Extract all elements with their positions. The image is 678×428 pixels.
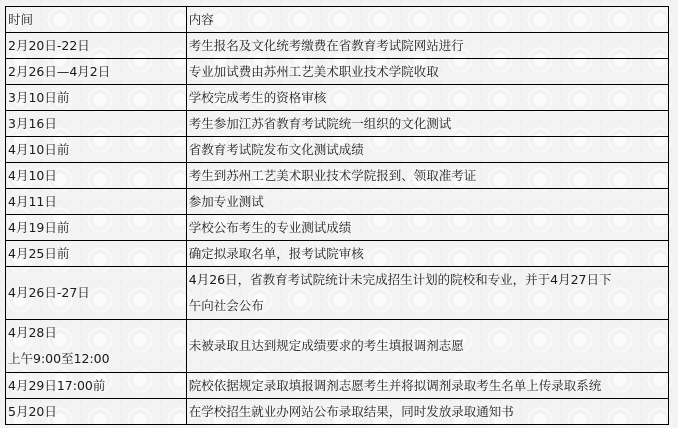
table-row: 2月20日-22日 考生报名及文化统考缴费在省教育考试院网站进行 <box>6 33 669 59</box>
schedule-table-container: 时间 内容 2月20日-22日 考生报名及文化统考缴费在省教育考试院网站进行 2… <box>5 6 669 425</box>
cell-content: 在学校招生就业办网站公布录取结果，同时发放录取通知书 <box>186 399 668 425</box>
cell-time: 4月11日 <box>6 189 187 215</box>
table-row: 4月10日 考生到苏州工艺美术职业技术学院报到、领取准考证 <box>6 163 669 189</box>
table-row: 2月26日—4月2日 专业加试费由苏州工艺美术职业技术学院收取 <box>6 59 669 85</box>
cell-time: 4月25日前 <box>6 241 187 267</box>
cell-content: 考生到苏州工艺美术职业技术学院报到、领取准考证 <box>186 163 668 189</box>
cell-time: 4月10日前 <box>6 137 187 163</box>
cell-content: 学校公布考生的专业测试成绩 <box>186 215 668 241</box>
table-row: 4月26日-27日 4月26日，省教育考试院统计未完成招生计划的院校和专业，并于… <box>6 267 669 320</box>
cell-time: 2月20日-22日 <box>6 33 187 59</box>
cell-content: 省教育考试院发布文化测试成绩 <box>186 137 668 163</box>
cell-time: 4月19日前 <box>6 215 187 241</box>
cell-content: 考生参加江苏省教育考试院统一组织的文化测试 <box>186 111 668 137</box>
table-row: 4月28日 上午9:00至12:00 未被录取且达到规定成绩要求的考生填报调剂志… <box>6 320 669 373</box>
table-row: 5月20日 在学校招生就业办网站公布录取结果，同时发放录取通知书 <box>6 399 669 425</box>
table-row: 4月10日前 省教育考试院发布文化测试成绩 <box>6 137 669 163</box>
cell-time-line: 4月28日 <box>8 320 184 346</box>
cell-content: 4月26日，省教育考试院统计未完成招生计划的院校和专业，并于4月27日下 午向社… <box>186 267 668 320</box>
cell-time: 3月16日 <box>6 111 187 137</box>
cell-time: 4月28日 上午9:00至12:00 <box>6 320 187 373</box>
table-header-row: 时间 内容 <box>6 7 669 33</box>
cell-time: 4月26日-27日 <box>6 267 187 320</box>
cell-time: 3月10日前 <box>6 85 187 111</box>
table-row: 3月10日前 学校完成考生的资格审核 <box>6 85 669 111</box>
table-row: 4月29日17:00前 院校依据规定录取填报调剂志愿考生并将拟调剂录取考生名单上… <box>6 373 669 399</box>
header-content: 内容 <box>186 7 668 33</box>
cell-content: 院校依据规定录取填报调剂志愿考生并将拟调剂录取考生名单上传录取系统 <box>186 373 668 399</box>
table-row: 4月11日 参加专业测试 <box>6 189 669 215</box>
cell-content: 学校完成考生的资格审核 <box>186 85 668 111</box>
cell-content: 未被录取且达到规定成绩要求的考生填报调剂志愿 <box>186 320 668 373</box>
cell-time: 4月10日 <box>6 163 187 189</box>
cell-time: 4月29日17:00前 <box>6 373 187 399</box>
table-row: 3月16日 考生参加江苏省教育考试院统一组织的文化测试 <box>6 111 669 137</box>
cell-content: 专业加试费由苏州工艺美术职业技术学院收取 <box>186 59 668 85</box>
cell-content: 考生报名及文化统考缴费在省教育考试院网站进行 <box>186 33 668 59</box>
header-time: 时间 <box>6 7 187 33</box>
cell-content-line: 4月26日，省教育考试院统计未完成招生计划的院校和专业，并于4月27日下 <box>189 267 666 293</box>
admission-schedule-table: 时间 内容 2月20日-22日 考生报名及文化统考缴费在省教育考试院网站进行 2… <box>5 6 669 425</box>
cell-time: 2月26日—4月2日 <box>6 59 187 85</box>
cell-content-line: 午向社会公布 <box>189 293 666 319</box>
cell-content: 确定拟录取名单，报考试院审核 <box>186 241 668 267</box>
table-row: 4月25日前 确定拟录取名单，报考试院审核 <box>6 241 669 267</box>
table-row: 4月19日前 学校公布考生的专业测试成绩 <box>6 215 669 241</box>
cell-content: 参加专业测试 <box>186 189 668 215</box>
cell-time-line: 上午9:00至12:00 <box>8 346 184 372</box>
cell-time: 5月20日 <box>6 399 187 425</box>
